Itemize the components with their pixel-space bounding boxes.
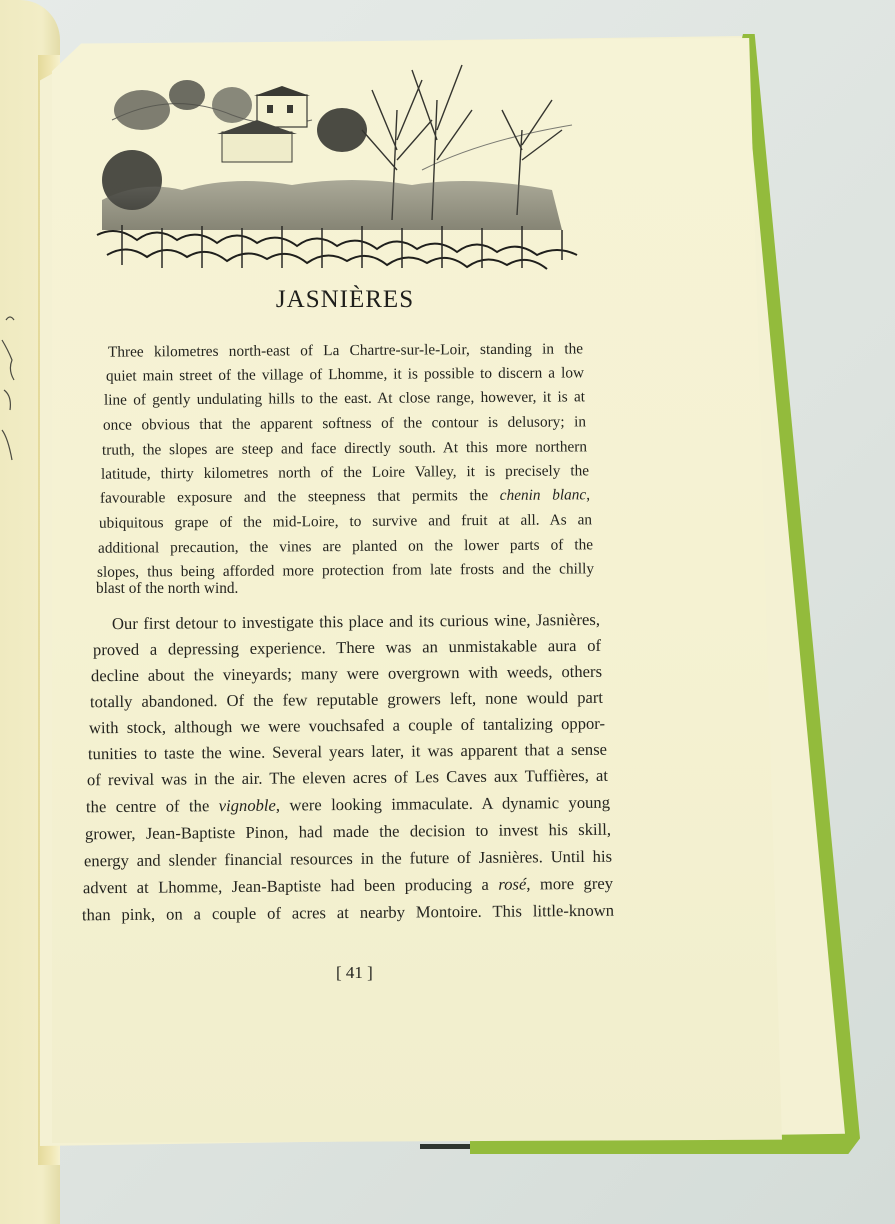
text-line: Three kilometres north-east of La Chartr… (108, 340, 583, 361)
spine-shadow (420, 1144, 470, 1149)
text-line: quiet main street of the village of Lhom… (106, 364, 584, 385)
vineyard-illustration (92, 50, 592, 278)
chapter-title: JASNIÈRES (0, 286, 690, 314)
text-line: once obvious that the apparent softness … (103, 413, 586, 434)
text-line: truth, the slopes are steep and face dir… (102, 438, 587, 459)
text-line: line of gently undulating hills to the e… (104, 388, 585, 409)
text-line: ubiquitous grape of the mid-Loire, to su… (99, 511, 592, 532)
page-number: [ 41 ] (336, 963, 373, 983)
left-page-sketch-fragment (0, 300, 20, 470)
text-line: latitude, thirty kilometres north of the… (101, 462, 589, 483)
text-line: slopes, thus being afforded more protect… (97, 560, 594, 581)
text-line: blast of the north wind. (96, 580, 238, 598)
text-line: Our first detour to investigate this pla… (112, 610, 600, 634)
text-line: favourable exposure and the steepness th… (100, 486, 590, 507)
text-line: additional precaution, the vines are pla… (98, 536, 593, 557)
